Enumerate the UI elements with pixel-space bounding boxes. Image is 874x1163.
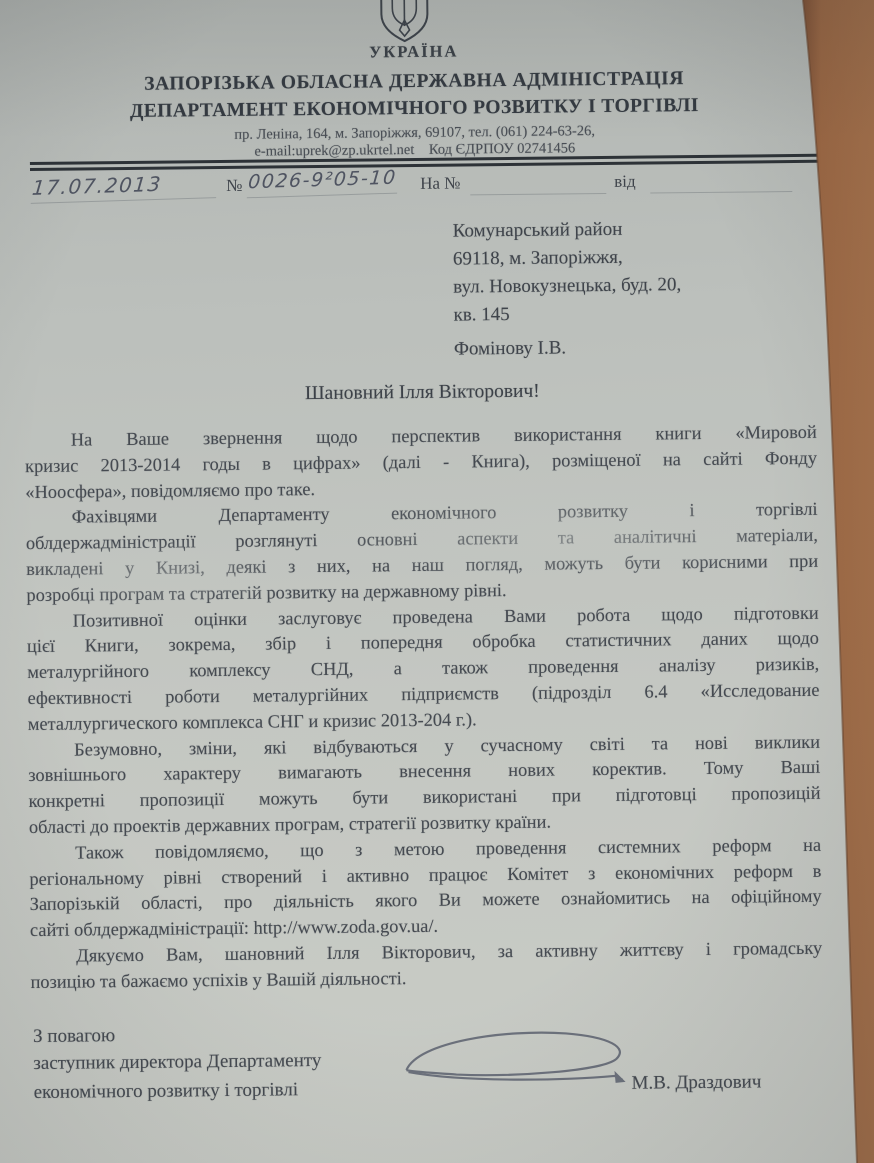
paper: УКРАЇНА ЗАПОРІЗЬКА ОБЛАСНА ДЕРЖАВНА АДМІ… xyxy=(0,0,860,1163)
from-underline xyxy=(650,190,792,193)
signer-title: економічного розвитку і торгівлі xyxy=(34,1079,299,1104)
recipient-name: Фомінову І.В. xyxy=(454,337,566,360)
paragraph: Також повідомляємо, що з метою проведенн… xyxy=(29,833,822,944)
paragraph: На Ваше звернення щодо перспектив викори… xyxy=(25,420,818,506)
recipient-block: Комунарський район 69118, м. Запоріжжя, … xyxy=(453,215,682,329)
body-text: На Ваше звернення щодо перспектив викори… xyxy=(25,420,823,996)
letter-photo: УКРАЇНА ЗАПОРІЗЬКА ОБЛАСНА ДЕРЖАВНА АДМІ… xyxy=(0,0,874,1163)
paragraph: Безумовно, зміни, які відбуваються у суч… xyxy=(28,729,821,840)
reference-row: 17.07.2013 № 0026-9²05-10 На № від xyxy=(0,162,830,207)
number-label: № xyxy=(226,176,242,196)
recipient-line: Комунарський район xyxy=(453,215,681,245)
paragraph: Фахівцями Департаменту економічного розв… xyxy=(26,497,819,608)
signature-icon xyxy=(394,1026,645,1101)
recipient-line: кв. 145 xyxy=(453,299,681,329)
reply-to-label: На № xyxy=(420,173,461,193)
signer-name: М.В. Драздович xyxy=(631,1071,761,1094)
recipient-line: вул. Новокузнецька, буд. 20, xyxy=(453,271,681,301)
country-name: УКРАЇНА xyxy=(0,38,829,67)
signer-title: заступник директора Департаменту xyxy=(33,1050,321,1075)
recipient-line: 69118, м. Запоріжжя, xyxy=(453,243,681,273)
reply-to-underline xyxy=(470,192,606,195)
from-label: від xyxy=(614,172,636,192)
paragraph: Дякуємо Вам, шановний Ілля Вікторович, з… xyxy=(30,936,822,996)
valediction: З повагою xyxy=(33,1025,115,1048)
org-name-line2: ДЕПАРТАМЕНТ ЕКОНОМІЧНОГО РОЗВИТКУ І ТОРГ… xyxy=(0,94,829,125)
handwritten-date: 17.07.2013 xyxy=(31,170,219,204)
salutation: Шановний Ілля Вікторович! xyxy=(2,378,842,409)
paragraph: Позитивної оцінки заслуговує проведена В… xyxy=(27,600,820,737)
org-name-line1: ЗАПОРІЗЬКА ОБЛАСНА ДЕРЖАВНА АДМІНІСТРАЦІ… xyxy=(0,67,829,98)
coat-of-arms-icon xyxy=(377,0,432,44)
handwritten-number: 0026-9²05-10 xyxy=(247,167,400,199)
